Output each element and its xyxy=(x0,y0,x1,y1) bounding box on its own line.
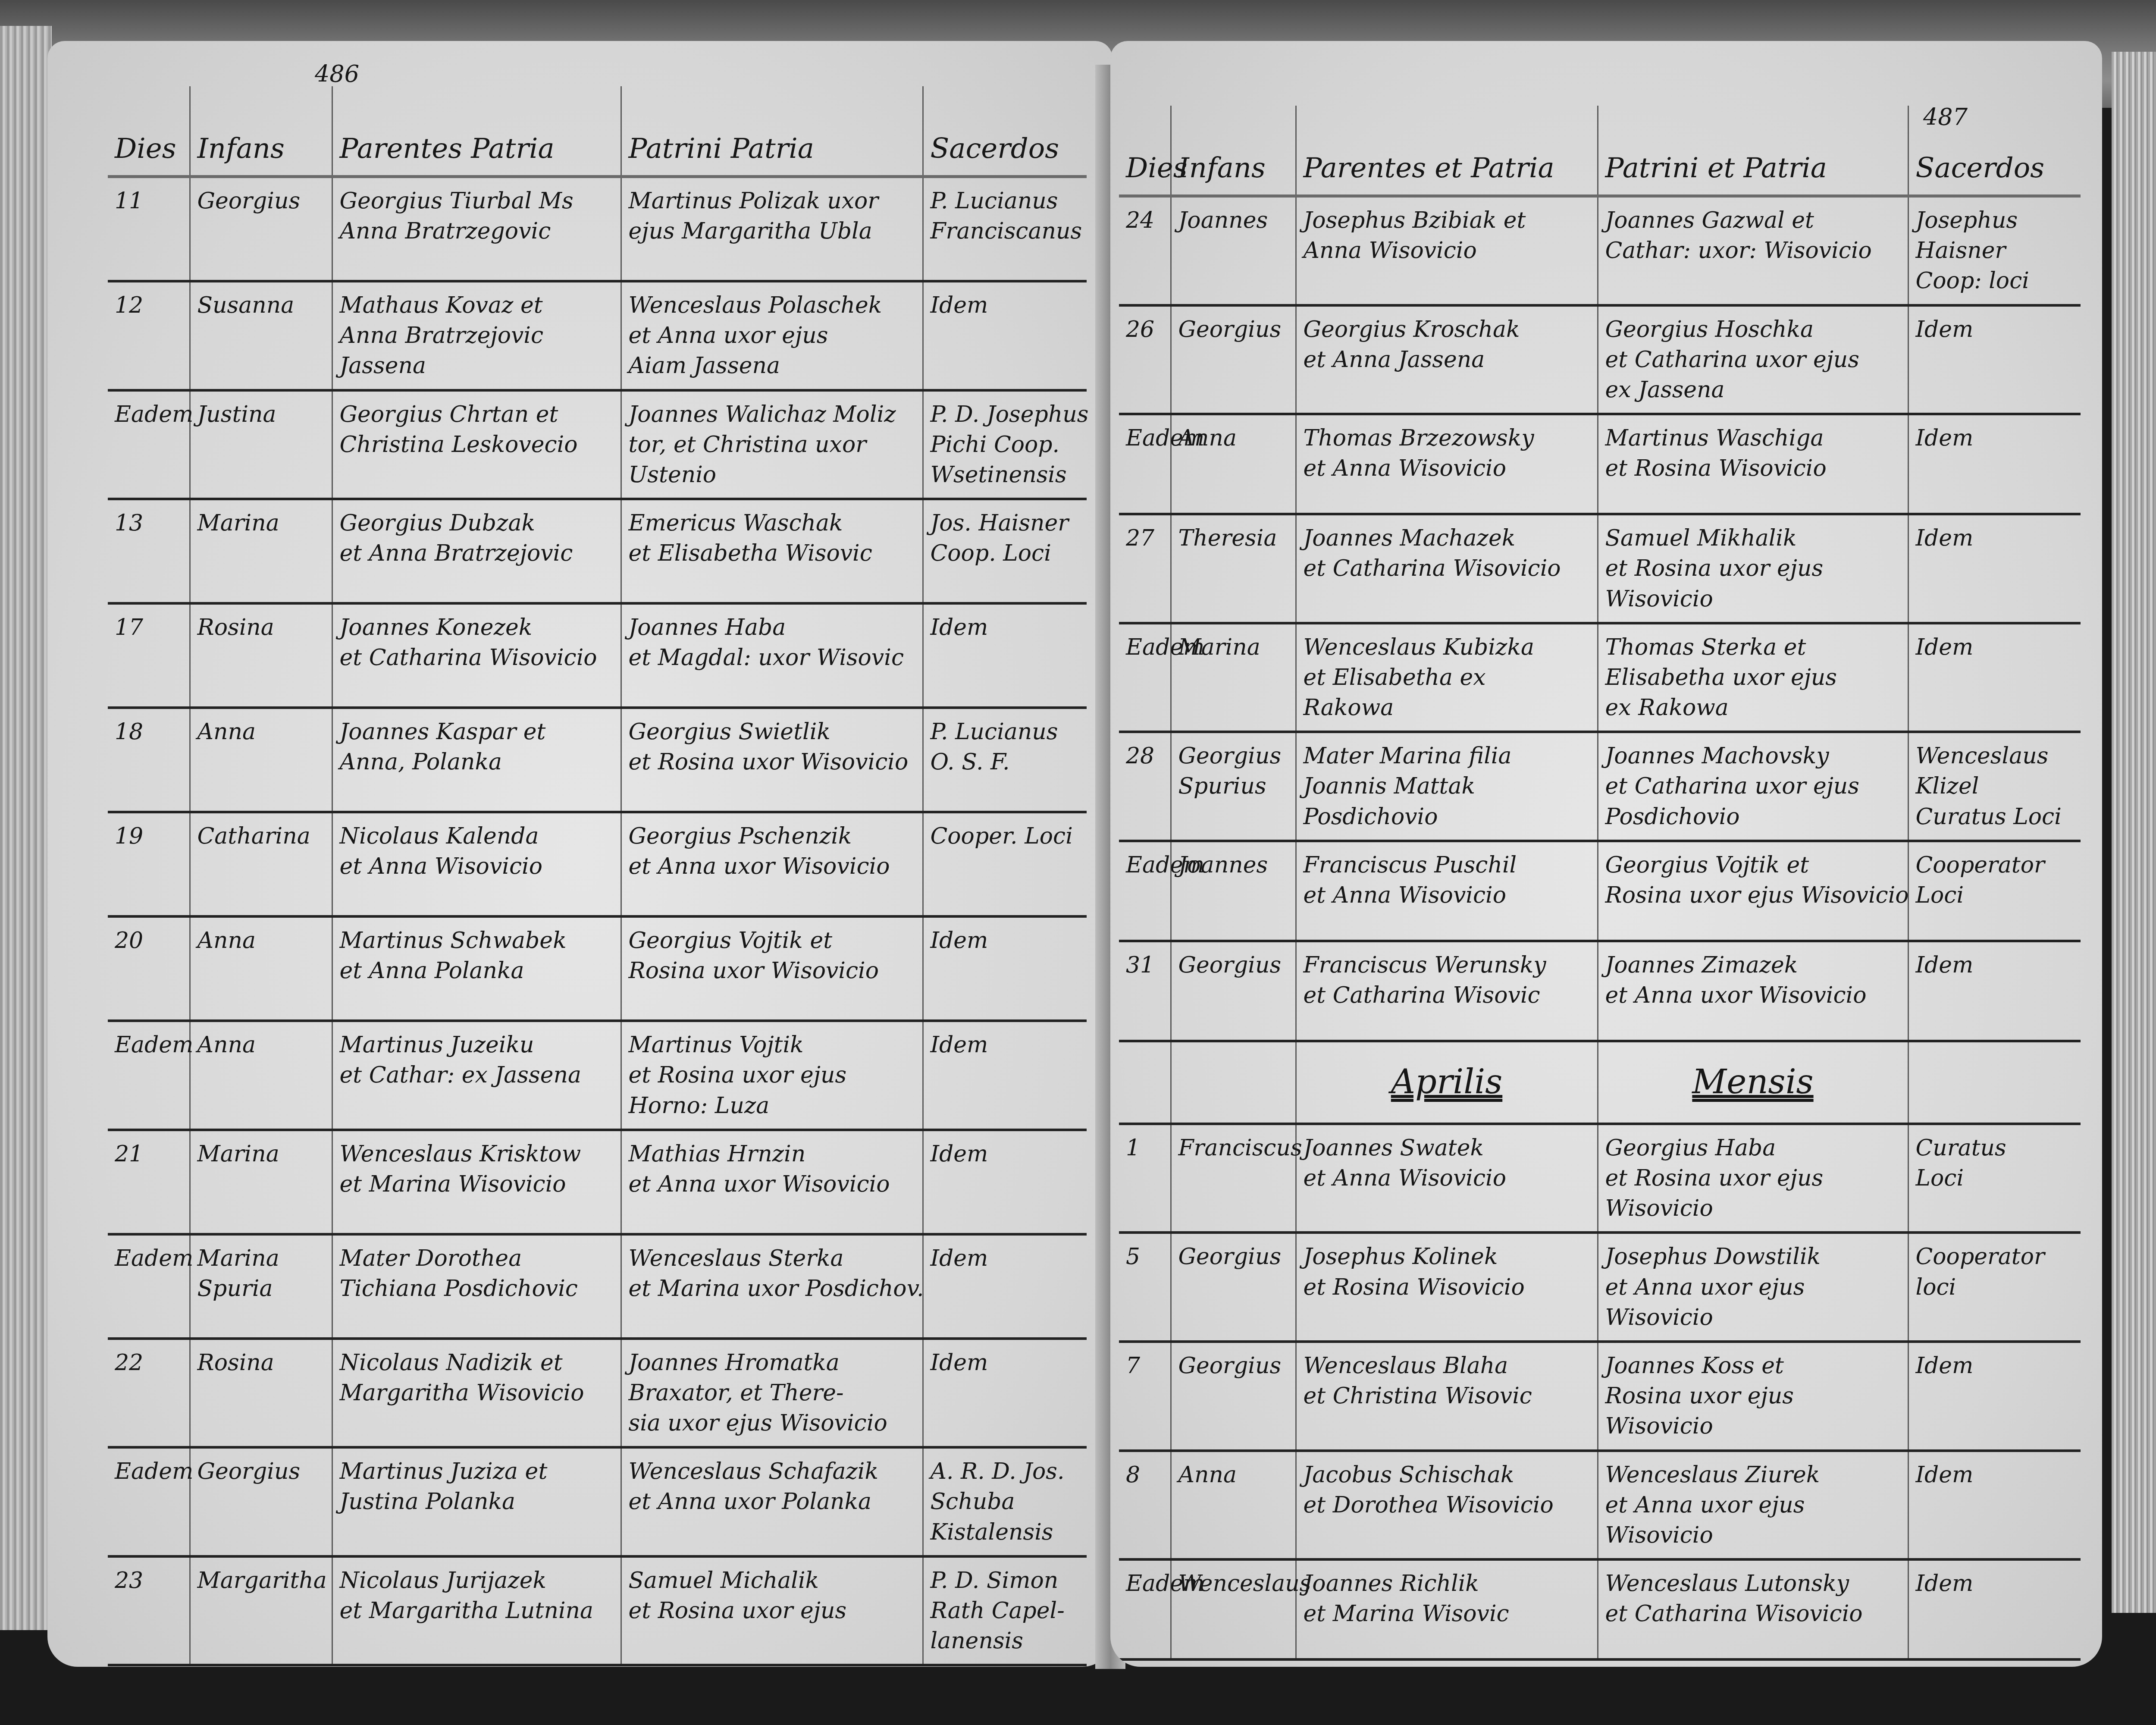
empty-cell xyxy=(1119,1041,1171,1124)
godparents-cell: Samuel Michaliket Rosina uxor ejus xyxy=(621,1556,923,1665)
text-line: et Margaritha Lutnina xyxy=(340,1596,614,1626)
infant-name-cell: Anna xyxy=(1171,414,1296,514)
text-line: Idem xyxy=(1916,950,2074,980)
day-cell: Eadem xyxy=(1119,623,1171,732)
godparents-cell: Mathias Hrnzinet Anna uxor Wisovicio xyxy=(621,1130,923,1234)
text-line: Wisovicio xyxy=(1605,1193,1901,1223)
parents-cell: Mater DorotheaTichiana Posdichovic xyxy=(332,1234,621,1339)
godparents-cell: Wenceslaus Sterkaet Marina uxor Posdicho… xyxy=(621,1234,923,1339)
month-heading-mensis: Mensis xyxy=(1598,1041,1908,1124)
text-line: Martinus Waschiga xyxy=(1605,423,1901,453)
day-cell: 23 xyxy=(108,1556,190,1665)
text-line: et Anna uxor Wisovicio xyxy=(1605,980,1901,1010)
text-line: et Anna Bratrzejovic xyxy=(340,538,614,568)
column-header-patrini: Patrini et Patria xyxy=(1598,106,1908,196)
text-line: et Christina Wisovic xyxy=(1304,1381,1590,1411)
godparents-cell: Joannes Zimazeket Anna uxor Wisovicio xyxy=(1598,941,1908,1041)
parents-cell: Joannes Machazeket Catharina Wisovicio xyxy=(1296,514,1598,623)
priest-cell: Cooper. Loci xyxy=(923,812,1087,916)
infant-name-cell: Theresia xyxy=(1171,514,1296,623)
column-header-sacerdos: Sacerdos xyxy=(1908,106,2081,196)
priest-cell: Idem xyxy=(1908,1451,2081,1560)
godparents-cell: Georgius Pschenziket Anna uxor Wisovicio xyxy=(621,812,923,916)
text-line: et Marina Wisovicio xyxy=(340,1169,614,1199)
text-line: Idem xyxy=(931,1030,1080,1060)
text-line: Haisner xyxy=(1916,235,2074,266)
text-line: Posdichovio xyxy=(1304,802,1590,832)
text-line: P. Lucianus xyxy=(931,717,1080,747)
text-line: Thomas Brzezowsky xyxy=(1304,423,1590,453)
text-line: et Anna uxor ejus xyxy=(1605,1490,1901,1520)
text-line: Nicolaus Jurijazek xyxy=(340,1565,614,1596)
text-line: et Anna Wisovicio xyxy=(1304,1163,1590,1193)
baptism-entry-row: 22RosinaNicolaus Nadizik etMargaritha Wi… xyxy=(108,1339,1087,1448)
priest-cell: A. R. D. Jos.SchubaKistalensis xyxy=(923,1447,1087,1556)
text-line: Georgius Haba xyxy=(1605,1133,1901,1163)
parents-cell: Mathaus Kovaz etAnna BratrzejovicJassena xyxy=(332,281,621,390)
parents-cell: Josephus Kolineket Rosina Wisovicio xyxy=(1296,1233,1598,1342)
text-line: Idem xyxy=(1916,1460,2074,1490)
infant-name-cell: Anna xyxy=(190,1021,332,1130)
priest-cell: Idem xyxy=(1908,623,2081,732)
text-line: Idem xyxy=(931,1243,1080,1273)
baptism-entry-row: 1FranciscusJoannes Swateket Anna Wisovic… xyxy=(1119,1124,2081,1233)
column-header-patrini: Patrini Patria xyxy=(621,86,923,177)
text-line: Georgius Vojtik et xyxy=(629,925,915,956)
register-table-left: Dies Infans Parentes Patria Patrini Patr… xyxy=(108,86,1087,1666)
priest-cell: P. D. JosephusPichi Coop.Wsetinensis xyxy=(923,390,1087,499)
text-line: Samuel Mikhalik xyxy=(1605,523,1901,553)
day-cell: 5 xyxy=(1119,1233,1171,1342)
godparents-cell: Joannes Gazwal etCathar: uxor: Wisovicio xyxy=(1598,196,1908,305)
day-cell: 26 xyxy=(1119,305,1171,414)
text-line: et Anna Wisovicio xyxy=(1304,880,1590,910)
text-line: et Cathar: ex Jassena xyxy=(340,1060,614,1090)
text-line: Idem xyxy=(931,1348,1080,1378)
text-line: Idem xyxy=(1916,632,2074,662)
infant-name-cell: Marina xyxy=(1171,623,1296,732)
infant-name-cell: Anna xyxy=(1171,1451,1296,1560)
baptism-entry-row: 17RosinaJoannes Konezeket Catharina Wiso… xyxy=(108,603,1087,708)
day-cell: 19 xyxy=(108,812,190,916)
parents-cell: Martinus Juziza etJustina Polanka xyxy=(332,1447,621,1556)
text-line: Wenceslaus Ziurek xyxy=(1605,1460,1901,1490)
text-line: Ustenio xyxy=(629,460,915,490)
parents-cell: Wenceslaus Krisktowet Marina Wisovicio xyxy=(332,1130,621,1234)
text-line: Franciscanus xyxy=(931,216,1080,246)
text-line: Loci xyxy=(1916,880,2074,910)
day-cell: 13 xyxy=(108,499,190,603)
text-line: et Catharina uxor ejus xyxy=(1605,771,1901,801)
text-line: Anna Bratrzegovic xyxy=(340,216,614,246)
header-row: Dies Infans Parentes et Patria Patrini e… xyxy=(1119,106,2081,196)
priest-cell: Idem xyxy=(1908,1559,2081,1659)
text-line: P. D. Josephus xyxy=(931,399,1080,430)
text-line: Idem xyxy=(1916,1568,2074,1599)
text-line: Georgius Hoschka xyxy=(1605,314,1901,345)
text-line: Anna Wisovicio xyxy=(1304,235,1590,266)
text-line: Joannes Walichaz Moliz xyxy=(629,399,915,430)
baptism-entry-row: 28Georgius SpuriusMater Marina filiaJoan… xyxy=(1119,732,2081,841)
text-line: Margaritha Wisovicio xyxy=(340,1378,614,1408)
infant-name-cell: Joannes xyxy=(1171,196,1296,305)
day-cell: Eadem xyxy=(108,1447,190,1556)
text-line: Wisovicio xyxy=(1605,584,1901,614)
text-line: ejus Margaritha Ubla xyxy=(629,216,915,246)
baptism-entry-row: 19CatharinaNicolaus Kalendaet Anna Wisov… xyxy=(108,812,1087,916)
godparents-cell: Emericus Waschaket Elisabetha Wisovic xyxy=(621,499,923,603)
parents-cell: Georgius Tiurbal MsAnna Bratrzegovic xyxy=(332,177,621,282)
infant-name-cell: Georgius xyxy=(1171,305,1296,414)
text-line: Martinus Juzeiku xyxy=(340,1030,614,1060)
godparents-cell: Wenceslaus Ziureket Anna uxor ejusWisovi… xyxy=(1598,1451,1908,1560)
text-line: Martinus Juziza et xyxy=(340,1456,614,1487)
column-header-sacerdos: Sacerdos xyxy=(923,86,1087,177)
register-table-right: Dies Infans Parentes et Patria Patrini e… xyxy=(1119,106,2081,1661)
priest-cell: P. LucianusO. S. F. xyxy=(923,708,1087,812)
text-line: et Catharina Wisovicio xyxy=(1304,553,1590,583)
text-line: ex Jassena xyxy=(1605,375,1901,405)
baptism-entry-row: 13MarinaGeorgius Dubzaket Anna Bratrzejo… xyxy=(108,499,1087,603)
left-page-stack-edge xyxy=(0,26,52,1630)
priest-cell: CooperatorLoci xyxy=(1908,841,2081,941)
day-cell: 18 xyxy=(108,708,190,812)
text-line: Wisovicio xyxy=(1605,1302,1901,1333)
column-header-parentes: Parentes Patria xyxy=(332,86,621,177)
text-line: Klizel xyxy=(1916,771,2074,801)
priest-cell: Idem xyxy=(923,916,1087,1021)
text-line: Joannes Gazwal et xyxy=(1605,205,1901,235)
godparents-cell: Georgius Hoschkaet Catharina uxor ejusex… xyxy=(1598,305,1908,414)
parents-cell: Georgius Chrtan etChristina Leskovecio xyxy=(332,390,621,499)
day-cell: Eadem xyxy=(1119,414,1171,514)
priest-cell: Idem xyxy=(923,1234,1087,1339)
text-line: Loci xyxy=(1916,1163,2074,1193)
parents-cell: Georgius Dubzaket Anna Bratrzejovic xyxy=(332,499,621,603)
priest-cell: Idem xyxy=(923,1021,1087,1130)
text-line: O. S. F. xyxy=(931,747,1080,777)
parents-cell: Georgius Kroschaket Anna Jassena xyxy=(1296,305,1598,414)
text-line: Georgius Pschenzik xyxy=(629,821,915,851)
day-cell: Eadem xyxy=(1119,1559,1171,1659)
infant-name-cell: Franciscus xyxy=(1171,1124,1296,1233)
baptism-entry-row: 21MarinaWenceslaus Krisktowet Marina Wis… xyxy=(108,1130,1087,1234)
godparents-cell: Martinus Polizak uxorejus Margaritha Ubl… xyxy=(621,177,923,282)
infant-name-cell: Catharina xyxy=(190,812,332,916)
text-line: Justina Polanka xyxy=(340,1487,614,1517)
text-line: et Dorothea Wisovicio xyxy=(1304,1490,1590,1520)
register-body-left: 11GeorgiusGeorgius Tiurbal MsAnna Bratrz… xyxy=(108,177,1087,1665)
text-line: Braxator, et There- xyxy=(629,1378,915,1408)
text-line: et Catharina uxor ejus xyxy=(1605,345,1901,375)
text-line: Rath Capel- xyxy=(931,1596,1080,1626)
text-line: Georgius Dubzak xyxy=(340,508,614,538)
infant-name-cell: Rosina xyxy=(190,1339,332,1448)
priest-cell: CuratusLoci xyxy=(1908,1124,2081,1233)
text-line: et Anna uxor ejus xyxy=(1605,1272,1901,1302)
day-cell: Eadem xyxy=(108,1021,190,1130)
infant-name-cell: Justina xyxy=(190,390,332,499)
text-line: et Rosina uxor Wisovicio xyxy=(629,747,915,777)
baptism-entry-row: EademJoannesFranciscus Puschilet Anna Wi… xyxy=(1119,841,2081,941)
text-line: Wenceslaus Sterka xyxy=(629,1243,915,1273)
text-line: Idem xyxy=(1916,423,2074,453)
text-line: Nicolaus Kalenda xyxy=(340,821,614,851)
text-line: Idem xyxy=(1916,523,2074,553)
text-line: et Rosina uxor ejus xyxy=(1605,1163,1901,1193)
baptism-entry-row: 20AnnaMartinus Schwabeket Anna PolankaGe… xyxy=(108,916,1087,1021)
text-line: Joannes Haba xyxy=(629,612,915,643)
text-line: Joannes Hromatka xyxy=(629,1348,915,1378)
text-line: A. R. D. Jos. xyxy=(931,1456,1080,1487)
text-line: P. D. Simon xyxy=(931,1565,1080,1596)
text-line: et Anna uxor ejus xyxy=(629,320,915,351)
text-line: Idem xyxy=(931,1139,1080,1169)
text-line: et Magdal: uxor Wisovic xyxy=(629,643,915,673)
parents-cell: Joannes Kaspar etAnna, Polanka xyxy=(332,708,621,812)
day-cell: 27 xyxy=(1119,514,1171,623)
parents-cell: Joannes Swateket Anna Wisovicio xyxy=(1296,1124,1598,1233)
day-cell: 22 xyxy=(108,1339,190,1448)
text-line: Elisabetha uxor ejus xyxy=(1605,662,1901,693)
infant-name-cell: Susanna xyxy=(190,281,332,390)
godparents-cell: Wenceslaus Lutonskyet Catharina Wisovici… xyxy=(1598,1559,1908,1659)
text-line: Wenceslaus Schafazik xyxy=(629,1456,915,1487)
text-line: Joannes Konezek xyxy=(340,612,614,643)
priest-cell: WenceslausKlizelCuratus Loci xyxy=(1908,732,2081,841)
text-line: et Elisabetha Wisovic xyxy=(629,538,915,568)
godparents-cell: Joannes Koss etRosina uxor ejusWisovicio xyxy=(1598,1342,1908,1451)
text-line: et Catharina Wisovic xyxy=(1304,980,1590,1010)
column-header-infans: Infans xyxy=(190,86,332,177)
text-line: Idem xyxy=(931,925,1080,956)
text-line: Georgius Kroschak xyxy=(1304,314,1590,345)
day-cell: 12 xyxy=(108,281,190,390)
text-line: et Marina Wisovic xyxy=(1304,1599,1590,1629)
empty-cell xyxy=(1908,1041,2081,1124)
priest-cell: Idem xyxy=(923,281,1087,390)
text-line: et Anna uxor Wisovicio xyxy=(629,851,915,881)
text-line: loci xyxy=(1916,1272,2074,1302)
priest-cell: P. LucianusFranciscanus xyxy=(923,177,1087,282)
godparents-cell: Thomas Sterka etElisabetha uxor ejusex R… xyxy=(1598,623,1908,732)
day-cell: 17 xyxy=(108,603,190,708)
day-cell: Eadem xyxy=(1119,841,1171,941)
text-line: Wsetinensis xyxy=(931,460,1080,490)
infant-name-cell: Wenceslaus xyxy=(1171,1559,1296,1659)
godparents-cell: Georgius Swietliket Rosina uxor Wisovici… xyxy=(621,708,923,812)
text-line: Cathar: uxor: Wisovicio xyxy=(1605,235,1901,266)
text-line: Rosina uxor Wisovicio xyxy=(629,956,915,986)
baptism-entry-row: EademAnnaMartinus Juzeikuet Cathar: ex J… xyxy=(108,1021,1087,1130)
godparents-cell: Joannes Habaet Magdal: uxor Wisovic xyxy=(621,603,923,708)
text-line: Joannes Machovsky xyxy=(1605,741,1901,771)
godparents-cell: Martinus Waschigaet Rosina Wisovicio xyxy=(1598,414,1908,514)
priest-cell: Idem xyxy=(1908,1342,2081,1451)
day-cell: 1 xyxy=(1119,1124,1171,1233)
godparents-cell: Martinus Vojtiket Rosina uxor ejusHorno:… xyxy=(621,1021,923,1130)
infant-name-cell: Marina xyxy=(190,499,332,603)
text-line: et Rosina Wisovicio xyxy=(1605,453,1901,483)
text-line: Georgius Chrtan et xyxy=(340,399,614,430)
text-line: tor, et Christina uxor xyxy=(629,430,915,460)
text-line: Pichi Coop. xyxy=(931,430,1080,460)
text-line: sia uxor ejus Wisovicio xyxy=(629,1408,915,1438)
godparents-cell: Wenceslaus Schafaziket Anna uxor Polanka xyxy=(621,1447,923,1556)
baptism-entry-row: EademWenceslausJoannes Richliket Marina … xyxy=(1119,1559,2081,1659)
text-line: Idem xyxy=(1916,1351,2074,1381)
text-line: et Anna Wisovicio xyxy=(1304,453,1590,483)
text-line: Idem xyxy=(931,290,1080,320)
baptism-entry-row: 23MargarithaNicolaus Jurijazeket Margari… xyxy=(108,1556,1087,1665)
parents-cell: Thomas Brzezowskyet Anna Wisovicio xyxy=(1296,414,1598,514)
text-line: Curatus xyxy=(1916,1133,2074,1163)
text-line: et Rosina uxor ejus xyxy=(629,1060,915,1090)
infant-name-cell: Georgius Spurius xyxy=(1171,732,1296,841)
header-row: Dies Infans Parentes Patria Patrini Patr… xyxy=(108,86,1087,177)
text-line: Wenceslaus Lutonsky xyxy=(1605,1568,1901,1599)
priest-cell: Jos. HaisnerCoop. Loci xyxy=(923,499,1087,603)
baptism-entry-row: EademAnnaThomas Brzezowskyet Anna Wisovi… xyxy=(1119,414,2081,514)
infant-name-cell: Georgius xyxy=(190,177,332,282)
text-line: Wisovicio xyxy=(1605,1520,1901,1550)
baptism-entry-row: EademMarina SpuriaMater DorotheaTichiana… xyxy=(108,1234,1087,1339)
godparents-cell: Joannes Walichaz Moliztor, et Christina … xyxy=(621,390,923,499)
right-page-stack-edge xyxy=(2112,52,2156,1613)
godparents-cell: Georgius Vojtik etRosina uxor ejus Wisov… xyxy=(1598,841,1908,941)
text-line: Kistalensis xyxy=(931,1517,1080,1547)
left-page: 486 Dies Infans Parentes Patria Patrini … xyxy=(47,41,1112,1667)
text-line: Martinus Polizak uxor xyxy=(629,186,915,216)
text-line: Christina Leskovecio xyxy=(340,430,614,460)
text-line: Joannes Richlik xyxy=(1304,1568,1590,1599)
infant-name-cell: Margaritha xyxy=(190,1556,332,1665)
text-line: Curatus Loci xyxy=(1916,802,2074,832)
text-line: et Elisabetha ex xyxy=(1304,662,1590,693)
text-line: Franciscus Puschil xyxy=(1304,850,1590,880)
text-line: Cooperator xyxy=(1916,850,2074,880)
text-line: Thomas Sterka et xyxy=(1605,632,1901,662)
parents-cell: Joannes Konezeket Catharina Wisovicio xyxy=(332,603,621,708)
day-cell: 28 xyxy=(1119,732,1171,841)
baptism-entry-row: EademGeorgiusMartinus Juziza etJustina P… xyxy=(108,1447,1087,1556)
text-line: Rosina uxor ejus Wisovicio xyxy=(1605,880,1901,910)
baptism-entry-row: 12SusannaMathaus Kovaz etAnna Bratrzejov… xyxy=(108,281,1087,390)
text-line: Jassena xyxy=(340,351,614,381)
godparents-cell: Georgius Habaet Rosina uxor ejusWisovici… xyxy=(1598,1124,1908,1233)
text-line: Aiam Jassena xyxy=(629,351,915,381)
infant-name-cell: Rosina xyxy=(190,603,332,708)
folio-number-left: 486 xyxy=(315,60,359,88)
day-cell: Eadem xyxy=(108,1234,190,1339)
text-line: Joannes Machazek xyxy=(1304,523,1590,553)
priest-cell: Idem xyxy=(1908,514,2081,623)
infant-name-cell: Marina xyxy=(190,1130,332,1234)
text-line: Franciscus Werunsky xyxy=(1304,950,1590,980)
day-cell: 24 xyxy=(1119,196,1171,305)
text-line: Wenceslaus Blaha xyxy=(1304,1351,1590,1381)
text-line: Georgius Swietlik xyxy=(629,717,915,747)
baptism-entry-row: 24JoannesJosephus Bzibiak etAnna Wisovic… xyxy=(1119,196,2081,305)
text-line: et Rosina Wisovicio xyxy=(1304,1272,1590,1302)
godparents-cell: Georgius Vojtik etRosina uxor Wisovicio xyxy=(621,916,923,1021)
column-header-parentes: Parentes et Patria xyxy=(1296,106,1598,196)
parents-cell: Franciscus Puschilet Anna Wisovicio xyxy=(1296,841,1598,941)
infant-name-cell: Anna xyxy=(190,916,332,1021)
priest-cell: Idem xyxy=(1908,305,2081,414)
right-page: 487 Dies Infans Parentes et Patria Patri… xyxy=(1110,41,2102,1667)
text-line: Mathaus Kovaz et xyxy=(340,290,614,320)
text-line: Wenceslaus Polaschek xyxy=(629,290,915,320)
empty-cell xyxy=(1171,1041,1296,1124)
infant-name-cell: Joannes xyxy=(1171,841,1296,941)
column-header-infans: Infans xyxy=(1171,106,1296,196)
priest-cell: Idem xyxy=(923,1130,1087,1234)
text-line: Jos. Haisner xyxy=(931,508,1080,538)
text-line: et Marina uxor Posdichov. xyxy=(629,1273,915,1304)
text-line: Mater Marina filia xyxy=(1304,741,1590,771)
infant-name-cell: Georgius xyxy=(1171,941,1296,1041)
text-line: Posdichovio xyxy=(1605,802,1901,832)
parents-cell: Wenceslaus Blahaet Christina Wisovic xyxy=(1296,1342,1598,1451)
text-line: Samuel Michalik xyxy=(629,1565,915,1596)
day-cell: 31 xyxy=(1119,941,1171,1041)
infant-name-cell: Marina Spuria xyxy=(190,1234,332,1339)
day-cell: 21 xyxy=(108,1130,190,1234)
text-line: ex Rakowa xyxy=(1605,693,1901,723)
infant-name-cell: Georgius xyxy=(190,1447,332,1556)
text-line: Josephus xyxy=(1916,205,2074,235)
text-line: P. Lucianus xyxy=(931,186,1080,216)
text-line: Coop. Loci xyxy=(931,538,1080,568)
baptism-entry-row: 11GeorgiusGeorgius Tiurbal MsAnna Bratrz… xyxy=(108,177,1087,282)
priest-cell: Idem xyxy=(923,603,1087,708)
text-line: Cooperator xyxy=(1916,1242,2074,1272)
baptism-entry-row: 26GeorgiusGeorgius Kroschaket Anna Jasse… xyxy=(1119,305,2081,414)
text-line: Joannes Swatek xyxy=(1304,1133,1590,1163)
text-line: Wenceslaus xyxy=(1916,741,2074,771)
infant-name-cell: Georgius xyxy=(1171,1233,1296,1342)
parents-cell: Jacobus Schischaket Dorothea Wisovicio xyxy=(1296,1451,1598,1560)
day-cell: 7 xyxy=(1119,1342,1171,1451)
baptism-entry-row: 5GeorgiusJosephus Kolineket Rosina Wisov… xyxy=(1119,1233,2081,1342)
priest-cell: Idem xyxy=(1908,941,2081,1041)
infant-name-cell: Anna xyxy=(190,708,332,812)
godparents-cell: Joannes Machovskyet Catharina uxor ejusP… xyxy=(1598,732,1908,841)
text-line: Martinus Schwabek xyxy=(340,925,614,956)
parents-cell: Wenceslaus Kubizkaet Elisabetha exRakowa xyxy=(1296,623,1598,732)
text-line: et Anna Wisovicio xyxy=(340,851,614,881)
parents-cell: Nicolaus Kalendaet Anna Wisovicio xyxy=(332,812,621,916)
text-line: Cooper. Loci xyxy=(931,821,1080,851)
text-line: Joannes Zimazek xyxy=(1605,950,1901,980)
text-line: Rosina uxor ejus xyxy=(1605,1381,1901,1411)
parents-cell: Franciscus Werunskyet Catharina Wisovic xyxy=(1296,941,1598,1041)
godparents-cell: Samuel Mikhaliket Rosina uxor ejusWisovi… xyxy=(1598,514,1908,623)
text-line: Emericus Waschak xyxy=(629,508,915,538)
priest-cell: Idem xyxy=(1908,414,2081,514)
day-cell: Eadem xyxy=(108,390,190,499)
priest-cell: Idem xyxy=(923,1339,1087,1448)
parents-cell: Mater Marina filiaJoannis MattakPosdicho… xyxy=(1296,732,1598,841)
text-line: Coop: loci xyxy=(1916,266,2074,296)
month-heading-aprilis: Aprilis xyxy=(1296,1041,1598,1124)
baptism-entry-row: EademMarinaWenceslaus Kubizkaet Elisabet… xyxy=(1119,623,2081,732)
text-line: Wenceslaus Kubizka xyxy=(1304,632,1590,662)
register-body-right: 24JoannesJosephus Bzibiak etAnna Wisovic… xyxy=(1119,196,2081,1660)
priest-cell: Cooperatorloci xyxy=(1908,1233,2081,1342)
text-line: Anna, Polanka xyxy=(340,747,614,777)
